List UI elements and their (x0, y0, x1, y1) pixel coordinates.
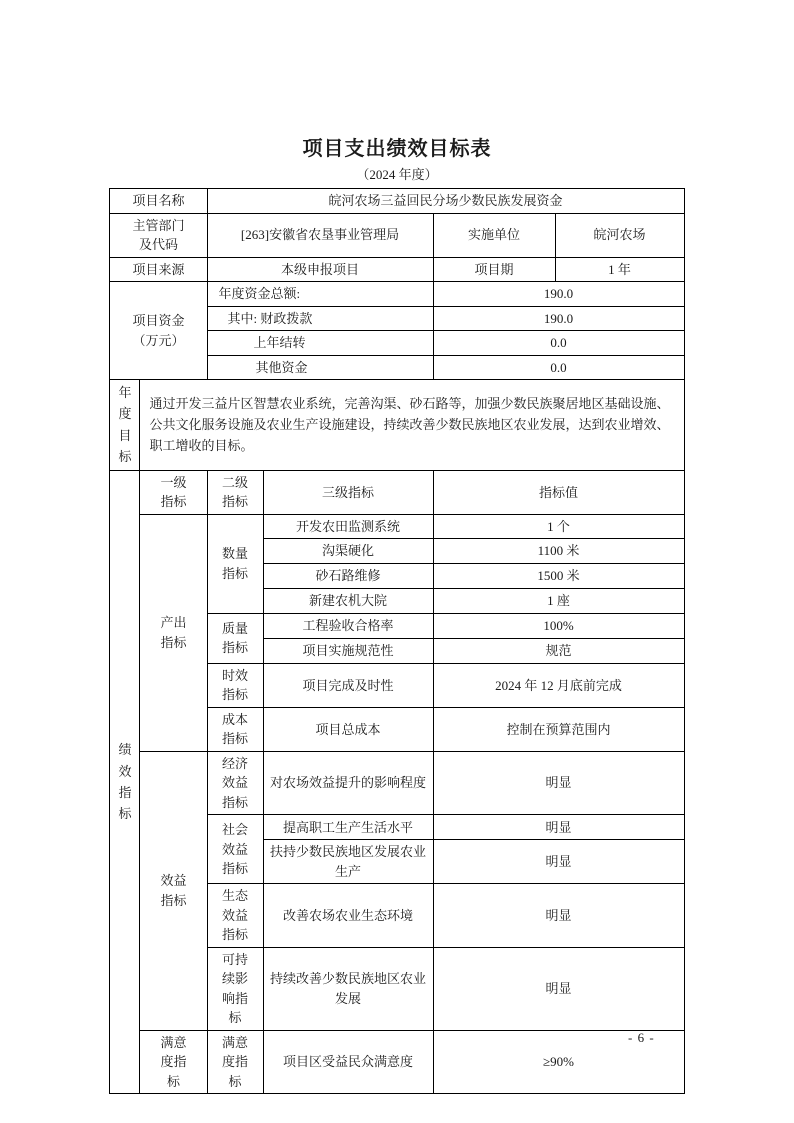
project-name-label: 项目名称 (110, 189, 207, 214)
group-benefit-label: 效益指标 (140, 751, 207, 1030)
funding-other-value: 0.0 (433, 355, 684, 380)
page-subtitle: （2024 年度） (0, 164, 794, 183)
funding-fiscal-label: 其中: 财政拨款 (207, 306, 433, 331)
indicator-name: 持续改善少数民族地区农业发展 (263, 947, 433, 1030)
indicator-value: 明显 (433, 947, 684, 1030)
table-row: 主管部门及代码 [263]安徽省农垦事业管理局 实施单位 皖河农场 (110, 213, 684, 257)
indicator-value: 1 座 (433, 588, 684, 613)
performance-target-table: 项目名称 皖河农场三益回民分场少数民族发展资金 主管部门及代码 [263]安徽省… (109, 188, 684, 1094)
subgroup-cost-label: 成本指标 (207, 707, 263, 751)
funding-other-label: 其他资金 (207, 355, 433, 380)
page-title: 项目支出绩效目标表 (0, 132, 794, 161)
indicator-name: 对农场效益提升的影响程度 (263, 751, 433, 815)
indicator-value: 规范 (433, 638, 684, 663)
subgroup-economic-label: 经济效益指标 (207, 751, 263, 815)
indicator-value: 控制在预算范围内 (433, 707, 684, 751)
funding-fiscal-value: 190.0 (433, 306, 684, 331)
dept-code-label: 主管部门及代码 (110, 213, 207, 257)
impl-unit-label: 实施单位 (433, 213, 555, 257)
indicator-name: 项目完成及时性 (263, 663, 433, 707)
table-row: 项目资金（万元） 年度资金总额: 190.0 (110, 282, 684, 307)
funding-total-value: 190.0 (433, 282, 684, 307)
funding-carryover-value: 0.0 (433, 331, 684, 356)
subgroup-quantity-label: 数量指标 (207, 514, 263, 613)
project-name-value: 皖河农场三益回民分场少数民族发展资金 (207, 189, 684, 214)
table-row: 绩效指标 一级指标 二级指标 三级指标 指标值 (110, 470, 684, 514)
project-period-value: 1 年 (555, 257, 684, 282)
table-row: 项目名称 皖河农场三益回民分场少数民族发展资金 (110, 189, 684, 214)
indicator-name: 项目区受益民众满意度 (263, 1030, 433, 1094)
funding-carryover-label: 上年结转 (207, 331, 433, 356)
indicator-value: 1 个 (433, 514, 684, 539)
table-row: 产出指标 数量指标 开发农田监测系统 1 个 (110, 514, 684, 539)
indicator-value: 1500 米 (433, 563, 684, 588)
indicator-name: 砂石路维修 (263, 563, 433, 588)
indicator-value: 明显 (433, 815, 684, 840)
subgroup-ecological-label: 生态效益指标 (207, 884, 263, 948)
header-level3: 三级指标 (263, 470, 433, 514)
indicator-name: 项目总成本 (263, 707, 433, 751)
indicator-value: 明显 (433, 751, 684, 815)
project-source-label: 项目来源 (110, 257, 207, 282)
subgroup-timeliness-label: 时效指标 (207, 663, 263, 707)
indicator-value: 2024 年 12 月底前完成 (433, 663, 684, 707)
group-satisfaction-label: 满意度指标 (140, 1030, 207, 1094)
annual-goal-label: 年度目标 (110, 380, 140, 471)
indicator-name: 沟渠硬化 (263, 539, 433, 564)
indicator-value: 1100 米 (433, 539, 684, 564)
indicator-name: 新建农机大院 (263, 588, 433, 613)
indicator-value: 100% (433, 613, 684, 638)
page-number: - 6 - (628, 1030, 655, 1046)
subgroup-social-label: 社会效益指标 (207, 815, 263, 884)
subgroup-satisfaction-label: 满意度指标 (207, 1030, 263, 1094)
indicator-name: 改善农场农业生态环境 (263, 884, 433, 948)
impl-unit-value: 皖河农场 (555, 213, 684, 257)
header-level2: 二级指标 (207, 470, 263, 514)
table-row: 效益指标 经济效益指标 对农场效益提升的影响程度 明显 (110, 751, 684, 815)
indicator-value: 明显 (433, 840, 684, 884)
annual-goal-text: 通过开发三益片区智慧农业系统，完善沟渠、砂石路等，加强少数民族聚居地区基础设施、… (140, 380, 684, 471)
perf-section-label: 绩效指标 (110, 470, 140, 1094)
subgroup-quality-label: 质量指标 (207, 613, 263, 663)
header-level1: 一级指标 (140, 470, 207, 514)
subgroup-sustainability-label: 可持续影响指标 (207, 947, 263, 1030)
project-source-value: 本级申报项目 (207, 257, 433, 282)
document-page: 项目支出绩效目标表 （2024 年度） 项目名称 皖河农场三益回民分场少数民族发… (0, 132, 794, 1094)
indicator-name: 项目实施规范性 (263, 638, 433, 663)
indicator-name: 开发农田监测系统 (263, 514, 433, 539)
table-row: 项目来源 本级申报项目 项目期 1 年 (110, 257, 684, 282)
group-output-label: 产出指标 (140, 514, 207, 751)
indicator-name: 扶持少数民族地区发展农业生产 (263, 840, 433, 884)
indicator-name: 工程验收合格率 (263, 613, 433, 638)
table-row: 满意度指标 满意度指标 项目区受益民众满意度 ≥90% (110, 1030, 684, 1094)
funding-total-label: 年度资金总额: (207, 282, 433, 307)
table-row: 年度目标 通过开发三益片区智慧农业系统，完善沟渠、砂石路等，加强少数民族聚居地区… (110, 380, 684, 471)
indicator-name: 提高职工生产生活水平 (263, 815, 433, 840)
dept-code-value: [263]安徽省农垦事业管理局 (207, 213, 433, 257)
funding-section-label: 项目资金（万元） (110, 282, 207, 380)
header-value: 指标值 (433, 470, 684, 514)
project-period-label: 项目期 (433, 257, 555, 282)
indicator-value: 明显 (433, 884, 684, 948)
